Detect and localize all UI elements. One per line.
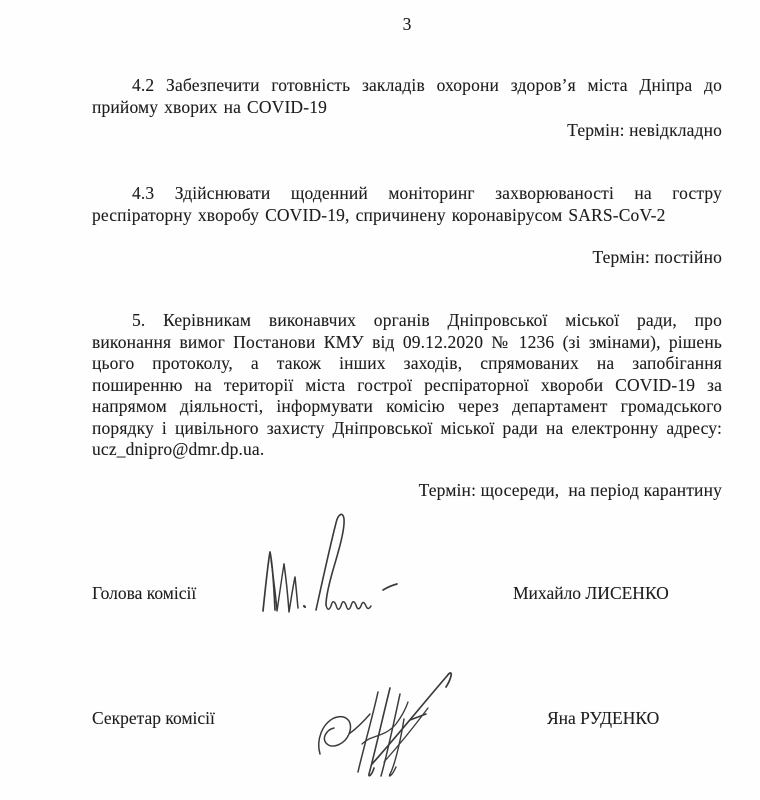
clause-4-3-term: Термін: постійно [92,247,722,269]
clause-4-2-text: 4.2 Забезпечити готовність закладів охор… [92,75,722,118]
clause-5-term: Термін: щосереди, на період карантину [92,480,722,502]
clause-4-2-term: Термін: невідкладно [92,120,722,142]
signer-name-secretary: Яна РУДЕНКО [547,708,659,730]
clause-5-text: 5. Керівникам виконавчих органів Дніпров… [92,310,722,461]
scanned-document-page: 3 4.2 Забезпечити готовність закладів ох… [0,0,760,800]
signer-name-head: Михайло ЛИСЕНКО [513,583,669,605]
secretary-handwritten-signature-icon [312,664,460,779]
head-handwritten-signature-icon [258,508,400,623]
clause-4-3-text: 4.3 Здійснювати щоденний моніторинг захв… [92,183,722,226]
signer-role-secretary: Секретар комісії [92,708,215,730]
signer-role-head: Голова комісії [92,583,196,605]
page-number: 3 [92,14,722,36]
